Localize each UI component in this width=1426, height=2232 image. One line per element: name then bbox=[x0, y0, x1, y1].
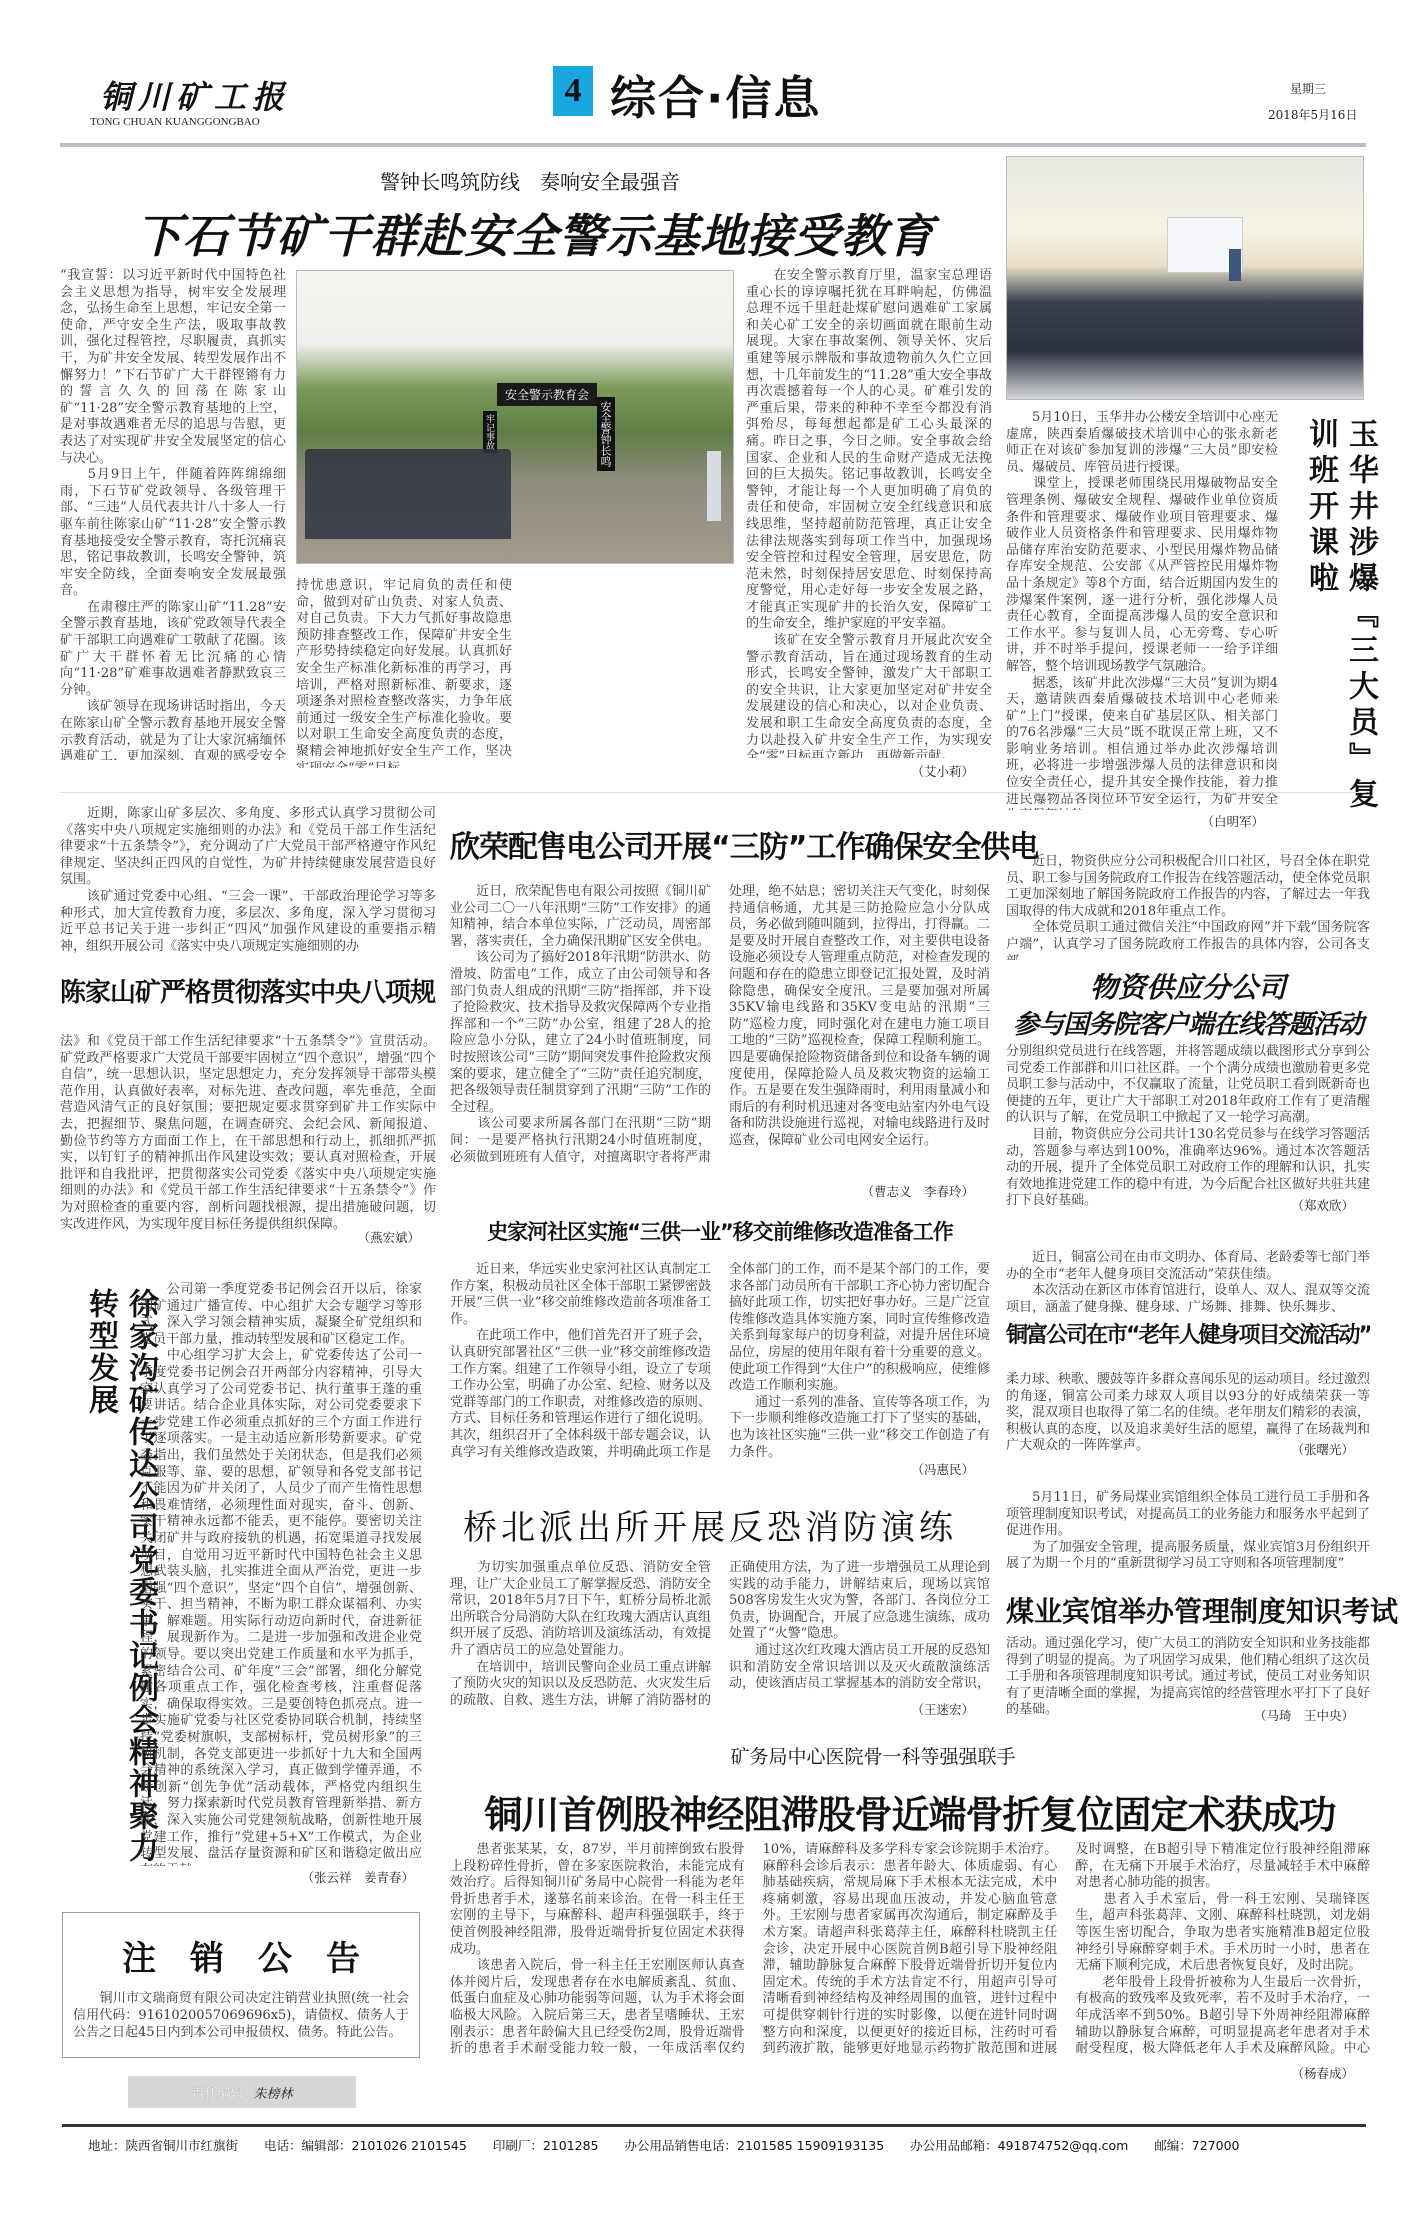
section-divider bbox=[60, 792, 1366, 793]
paper-name: 铜川矿工报 bbox=[100, 72, 290, 118]
qiaobei-headline: 桥北派出所开展反恐消防演练 bbox=[450, 1500, 970, 1549]
shijiahe-headline: 史家河社区实施“三供一业”移交前维修改造准备工作 bbox=[450, 1216, 990, 1246]
chenjiashan-byline: （燕宏斌） bbox=[290, 1228, 436, 1246]
lecturer bbox=[1229, 249, 1241, 281]
qiaobei-body: 为切实加强重点单位反恐、消防安全管理，让广大企业员工了解掌握反恐、消防安全常识，… bbox=[450, 1560, 990, 1712]
qiaobei-byline: （王迷宏） bbox=[840, 1700, 990, 1718]
footer: 地址：陕西省铜川市红旗街 电话：编辑部：2101026 2101545 印刷厂：… bbox=[88, 2136, 1348, 2154]
chenjiashan-body-top: 近期，陈家山矿多层次、多角度、多形式认真学习贯彻公司《落实中央八项规定实施细则的… bbox=[60, 806, 436, 966]
footer-phone: 电话：编辑部：2101026 2101545 bbox=[264, 2136, 467, 2154]
chenjiashan-body-bottom: 法》和《党员干部工作生活纪律要求“十五条禁令”》宣贯活动。矿党政严格要求广大党员… bbox=[60, 1034, 436, 1244]
lead-col-3-text: 在安全警示教育厅里，温家宝总理语重心长的谆谆嘱托犹在耳畔响起，仿佛温总理不远千里… bbox=[746, 268, 992, 758]
xujiagou-byline: （张云祥 姜青春） bbox=[260, 1868, 430, 1886]
footer-postcode: 邮编：727000 bbox=[1154, 2136, 1239, 2154]
chenjiashan-headline: 陈家山矿严格贯彻落实中央八项规定精神 bbox=[60, 972, 436, 1009]
wuzi-headline-2: 参与国务院客户端在线答题活动 bbox=[1006, 1004, 1370, 1041]
meiye-body-top: 5月11日，矿务局煤业宾馆组织全体员工进行员工手册和各项管理制度知识考试，对提高… bbox=[1006, 1490, 1370, 1578]
masthead: 铜川矿工报 TONG CHUAN KUANGGONGBAO 4 综合·信息 星期… bbox=[60, 68, 1390, 138]
shijiahe-byline: （冯惠民） bbox=[840, 1460, 990, 1478]
yuhua-body: 5月10日，玉华井办公楼安全培训中心座无虚席，陕西秦盾爆破技术培训中心的张永新老… bbox=[1006, 410, 1278, 810]
cancellation-notice: 注 销 公 告 铜川市文瑞商贸有限公司决定注销营业执照(统一社会信用代码：916… bbox=[62, 1912, 420, 2058]
footer-rule bbox=[62, 2124, 1366, 2127]
photo-sign-left: 牢记事故 bbox=[483, 411, 497, 453]
editor-label: 责任编辑 bbox=[191, 2083, 243, 2102]
lead-photo: 安全警示教育会 安全警钟长鸣 牢记事故 bbox=[296, 270, 734, 564]
lead-headline: 下石节矿干群赴安全警示基地接受教育 bbox=[70, 200, 1000, 266]
yuhua-vertical-headline: 玉华井涉爆『三大员』复训班开课啦 bbox=[1300, 418, 1380, 828]
xinrong-headline: 欣荣配售电公司开展“三防”工作确保安全供电 bbox=[450, 822, 990, 866]
wuzi-body-bottom: 分别组织党员进行在线答题，并将答题成绩以截图形式分享到公司党委工作部群和川口社区… bbox=[1006, 1044, 1370, 1210]
lead-col-1: “我宣誓：以习近平新时代中国特色社会主义思想为指导，树牢安全发展理念，弘扬生命至… bbox=[60, 268, 286, 760]
notice-body: 铜川市文瑞商贸有限公司决定注销营业执照(统一社会信用代码：91610200570… bbox=[73, 1990, 409, 2041]
tongfu-body-top: 近日，铜富公司在由市文明办、体育局、老龄委等七部门举办的全市“老年人健身项目交流… bbox=[1006, 1250, 1370, 1314]
footer-office-sales: 办公用品销售电话：2101585 15909193135 bbox=[625, 2136, 885, 2154]
section-title: 综合·信息 bbox=[610, 62, 821, 128]
weekday: 星期三 bbox=[1290, 80, 1326, 97]
photo-crowd bbox=[305, 449, 511, 539]
lead-col-2: 持忧患意识，牢记肩负的责任和使命，做到对矿山负责、对家人负责、对自己负责。下大力… bbox=[296, 578, 512, 768]
tongfu-headline: 铜富公司在市“老年人健身项目交流活动”荣获佳绩 bbox=[1006, 1318, 1370, 1349]
wuzi-byline: （郑欢欣） bbox=[1230, 1196, 1370, 1214]
wuzi-body-top: 近日，物资供应分公司积极配合川口社区，号召全体在职党员、职工参与国务院政府工作报… bbox=[1006, 854, 1370, 960]
xinrong-byline: （曹志义 李春玲） bbox=[820, 1182, 990, 1200]
editor-credit: 责任编辑 朱榜林 bbox=[128, 2076, 356, 2108]
meiye-headline: 煤业宾馆举办管理制度知识考试 bbox=[1006, 1590, 1370, 1630]
footer-printing: 印刷厂：2101285 bbox=[493, 2136, 599, 2154]
tongfu-byline: （张曙光） bbox=[1230, 1440, 1370, 1458]
footer-address: 地址：陕西省铜川市红旗街 bbox=[88, 2136, 238, 2154]
footer-office-email: 办公用品邮箱：491874752@qq.com bbox=[910, 2136, 1128, 2154]
lead-byline: （艾小莉） bbox=[850, 762, 990, 780]
lead-kicker: 警钟长鸣筑防线 奏响安全最强音 bbox=[320, 166, 740, 195]
xinrong-body: 近日，欣荣配售电有限公司按照《铜川矿业公司二〇一八年汛期“三防”工作安排》的通知… bbox=[450, 884, 990, 1200]
shijiahe-body: 近日来，华远实业史家河社区认真制定工作方案，积极动员社区全体干部职工紧锣密鼓开展… bbox=[450, 1262, 990, 1462]
paper-name-pinyin: TONG CHUAN KUANGGONGBAO bbox=[90, 116, 260, 128]
wuzi-headline-1: 物资供应分公司 bbox=[1006, 966, 1370, 1006]
page-number-badge: 4 bbox=[553, 66, 593, 116]
xujiagou-body: 公司第一季度党委书记例会召开以后，徐家沟矿通过广播宣传、中心组扩大会专题学习等形… bbox=[140, 1282, 422, 1866]
photo-sign-right: 安全警钟长鸣 bbox=[597, 397, 615, 471]
issue-date: 2018年5月16日 bbox=[1268, 106, 1357, 123]
hospital-byline: （杨春成） bbox=[1230, 2064, 1370, 2082]
notice-title: 注 销 公 告 bbox=[73, 1931, 409, 1980]
yuhua-photo bbox=[1006, 156, 1364, 400]
page-number: 4 bbox=[565, 72, 582, 110]
hospital-body: 患者张某某，女，87岁，半月前摔倒致右股骨上段粉碎性骨折，曾在多家医院救治，未能… bbox=[450, 1842, 1370, 2072]
meiye-byline: （马琦 王中央） bbox=[1220, 1706, 1370, 1724]
editor-name: 朱榜林 bbox=[254, 2083, 293, 2102]
yuhua-byline: （白明军） bbox=[1140, 812, 1280, 830]
masthead-rule bbox=[60, 143, 1366, 147]
photo-banner: 安全警示教育会 bbox=[497, 383, 597, 406]
hospital-kicker: 矿务局中心医院骨一科等强强联手 bbox=[440, 1742, 1426, 1769]
photo-speaker bbox=[707, 451, 721, 521]
hospital-headline: 铜川首例股神经阻滞股骨近端骨折复位固定术获成功 bbox=[450, 1784, 1370, 1839]
